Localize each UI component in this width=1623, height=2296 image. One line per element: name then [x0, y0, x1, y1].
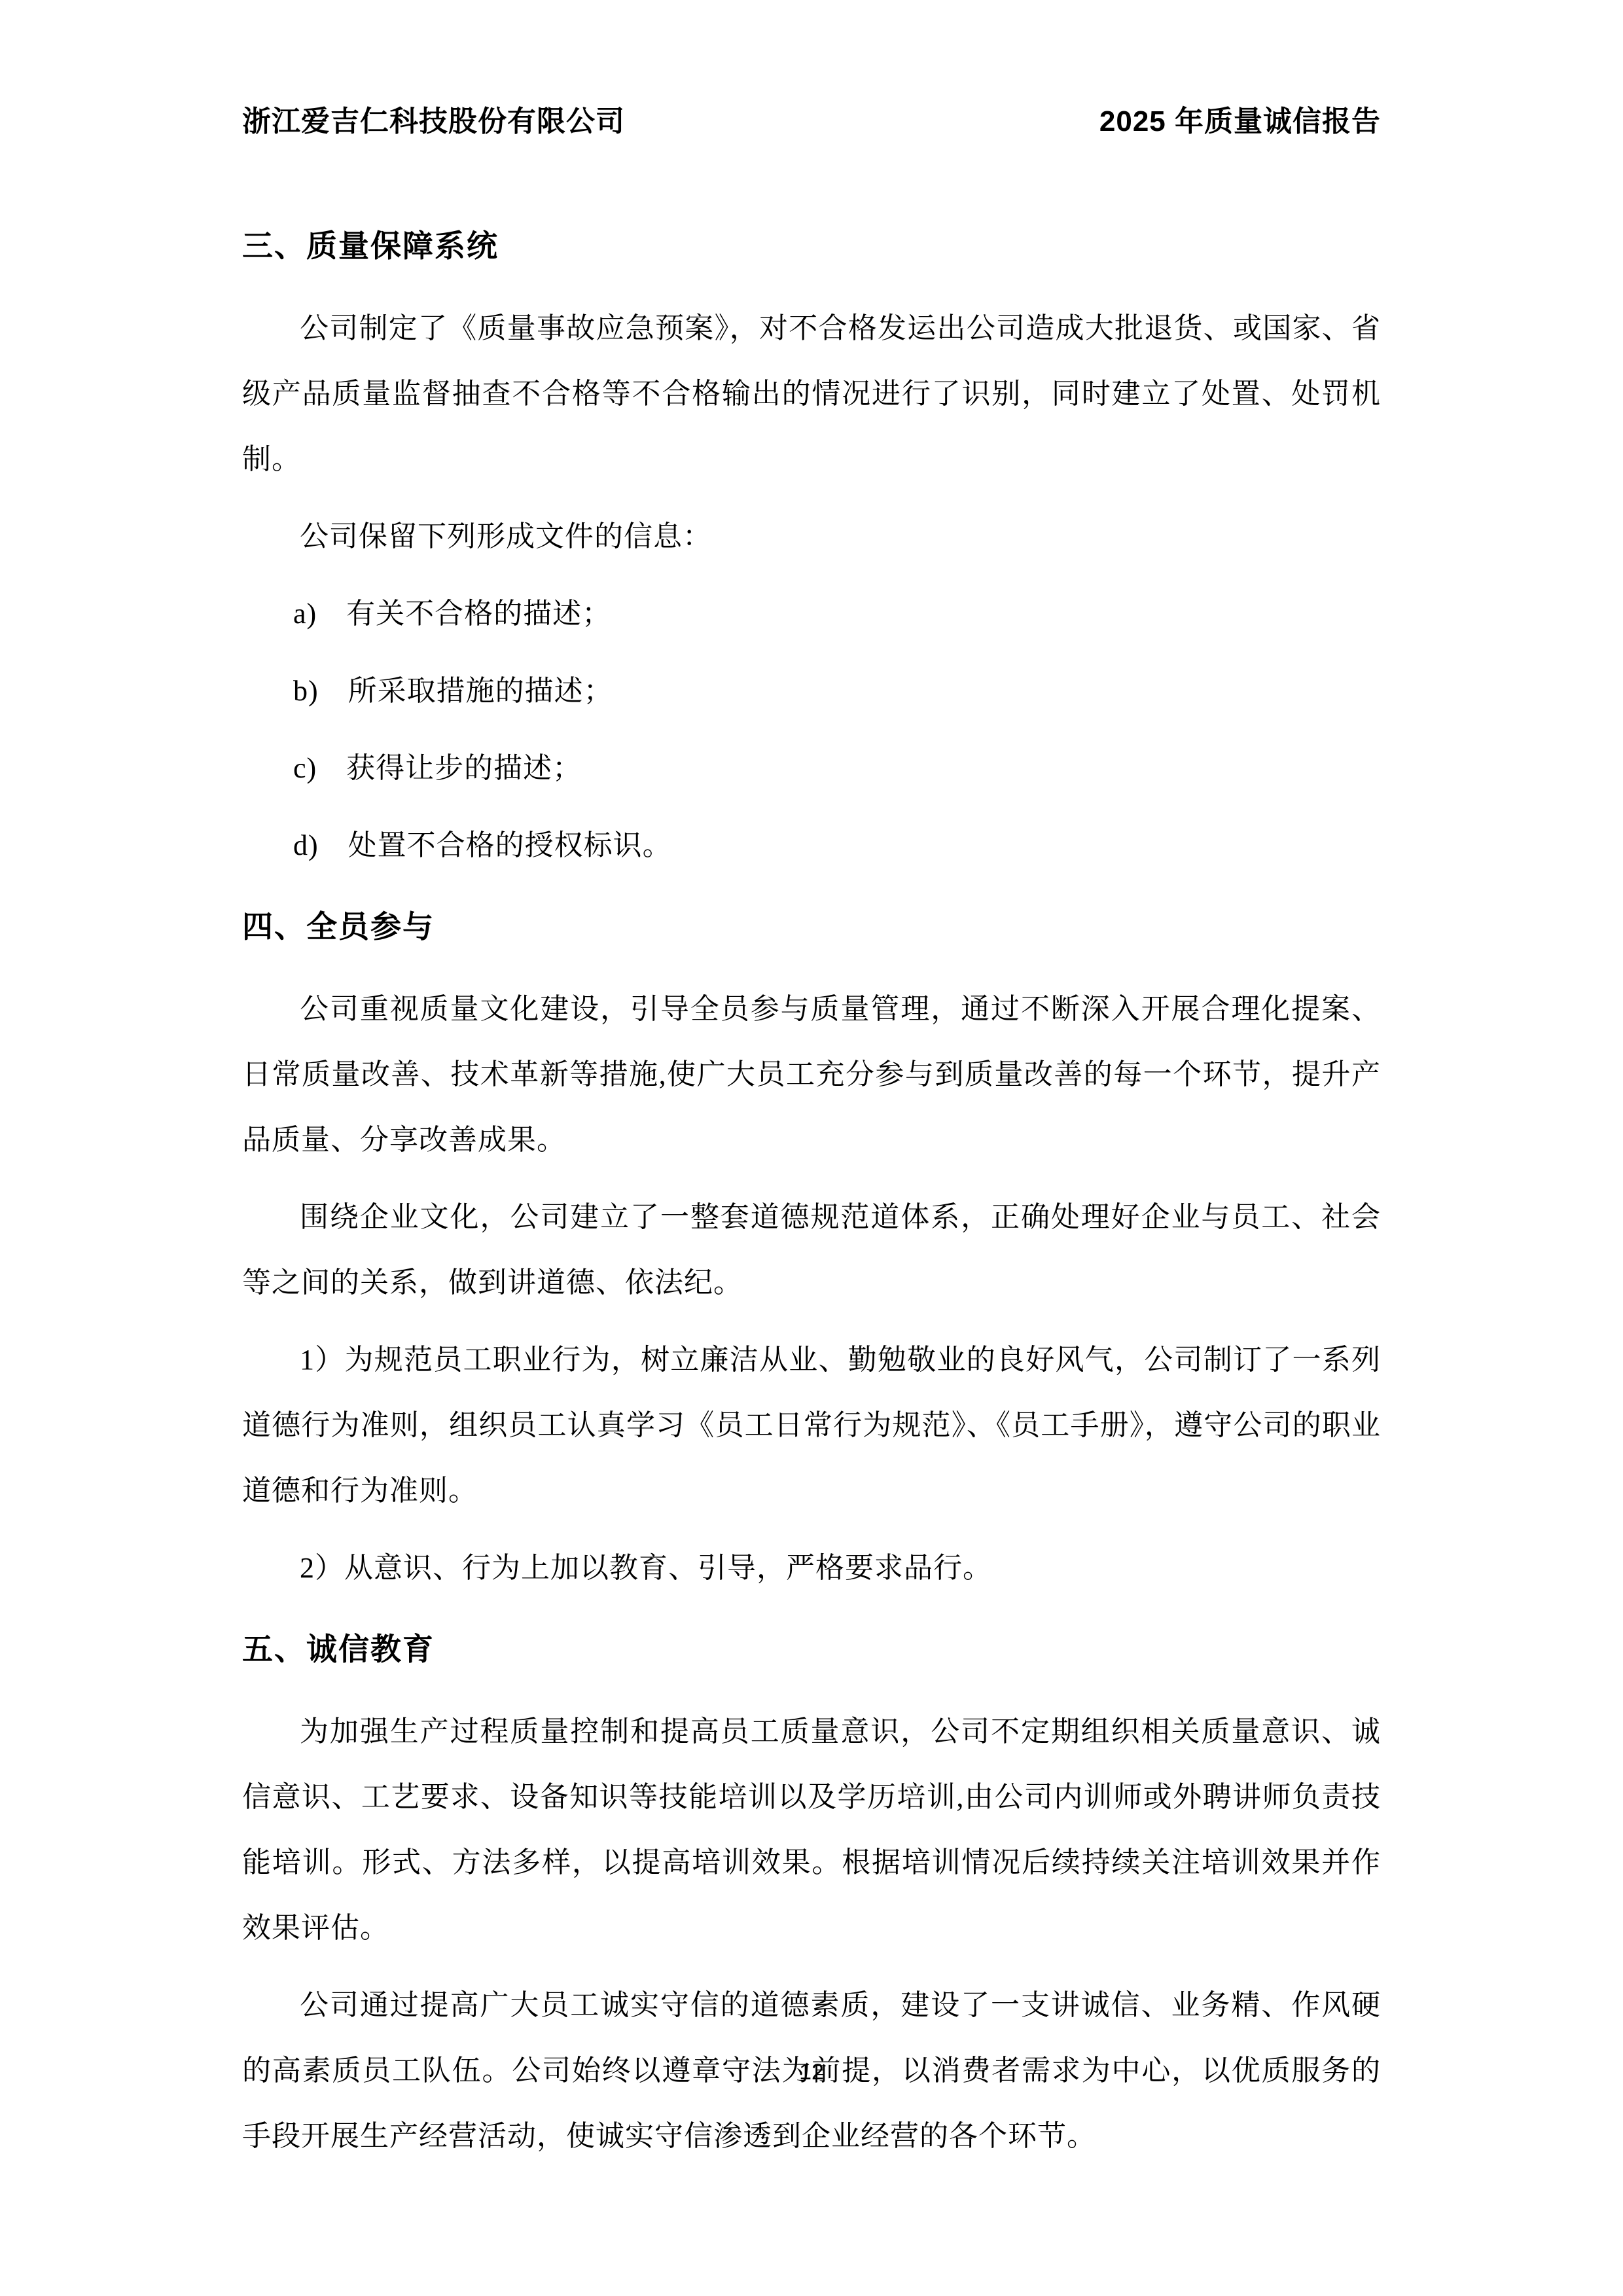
page-number: 12: [0, 2058, 1623, 2087]
header-company-name: 浙江爱吉仁科技股份有限公司: [242, 103, 625, 140]
section-4-paragraph-1: 公司重视质量文化建设，引导全员参与质量管理，通过不断深入开展合理化提案、日常质量…: [242, 977, 1381, 1173]
list-item-c: c) 获得让步的描述；: [242, 736, 1381, 801]
section-5-paragraph-1: 为加强生产过程质量控制和提高员工质量意识，公司不定期组织相关质量意识、诚信意识、…: [242, 1699, 1381, 1961]
section-4-paragraph-2: 围绕企业文化，公司建立了一整套道德规范道体系，正确处理好企业与员工、社会等之间的…: [242, 1185, 1381, 1316]
section-3-paragraph-2: 公司保留下列形成文件的信息：: [242, 504, 1381, 569]
document-page: 浙江爱吉仁科技股份有限公司 2025 年质量诚信报告 三、质量保障系统 公司制定…: [0, 0, 1623, 2296]
list-item-b: b) 所采取措施的描述；: [242, 658, 1381, 724]
section-4-paragraph-3: 1）为规范员工职业行为，树立廉洁从业、勤勉敬业的良好风气，公司制订了一系列道德行…: [242, 1327, 1381, 1524]
list-item-a: a) 有关不合格的描述；: [242, 581, 1381, 647]
section-5-heading: 五、诚信教育: [242, 1626, 1381, 1673]
section-4-heading: 四、全员参与: [242, 903, 1381, 950]
document-header: 浙江爱吉仁科技股份有限公司 2025 年质量诚信报告: [242, 103, 1381, 140]
header-report-title: 2025 年质量诚信报告: [1099, 103, 1381, 140]
list-item-d: d) 处置不合格的授权标识。: [242, 813, 1381, 878]
section-3-paragraph-1: 公司制定了《质量事故应急预案》，对不合格发运出公司造成大批退货、或国家、省级产品…: [242, 296, 1381, 492]
section-4-paragraph-4: 2）从意识、行为上加以教育、引导，严格要求品行。: [242, 1535, 1381, 1601]
section-3-heading: 三、质量保障系统: [242, 223, 1381, 270]
